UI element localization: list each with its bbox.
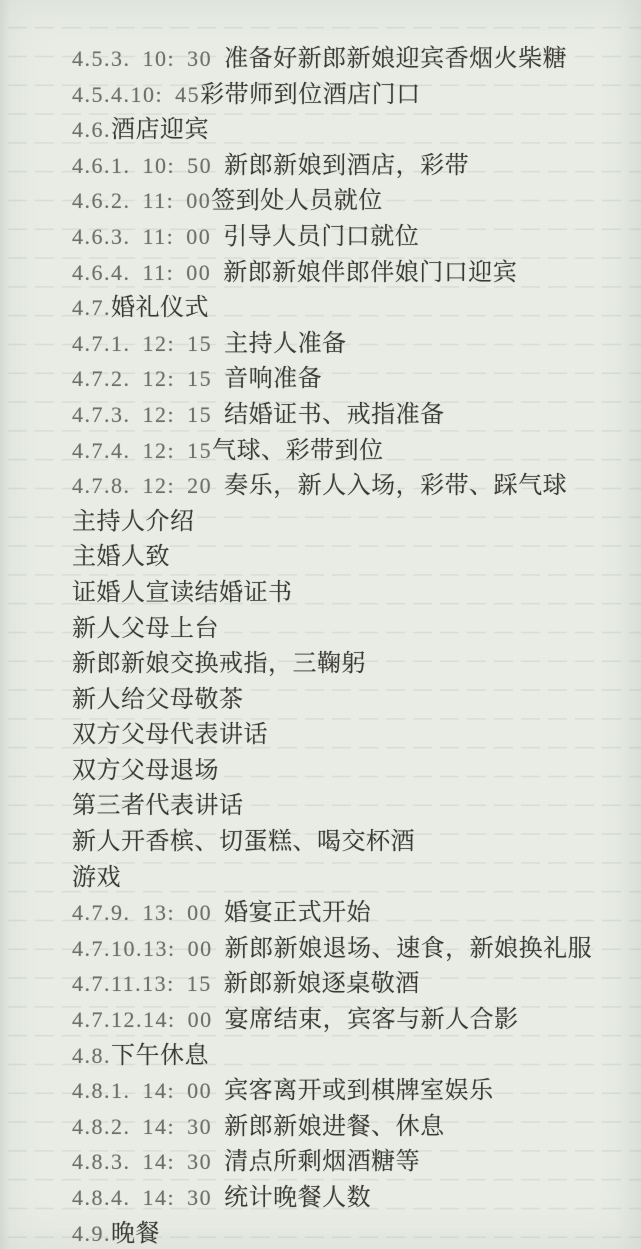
schedule-line: 4.7.4. 12: 15气球、彩带到位 (72, 433, 631, 469)
line-text: 气球、彩带到位 (212, 437, 384, 464)
line-text: 音响准备 (224, 365, 322, 392)
schedule-line: 新人给父母敬茶 (72, 682, 631, 718)
line-text: 酒店迎宾 (111, 116, 209, 143)
schedule-line: 4.6.酒店迎宾 (72, 112, 631, 148)
line-number: 4.5.3. 10: 30 (72, 46, 224, 71)
schedule-line: 4.7.9. 13: 00 婚宴正式开始 (72, 895, 631, 931)
line-number: 4.6.3. 11: 00 (72, 224, 223, 249)
line-number: 4.9. (72, 1221, 111, 1246)
schedule-line: 新人父母上台 (72, 611, 631, 647)
line-text: 清点所剩烟酒糖等 (224, 1148, 420, 1175)
line-text: 主持人准备 (224, 330, 347, 357)
schedule-line: 新郎新娘交换戒指，三鞠躬 (72, 646, 631, 682)
line-number: 4.8.4. 14: 30 (72, 1185, 224, 1210)
line-number: 4.8. (72, 1043, 111, 1068)
line-number: 4.7.3. 12: 15 (72, 402, 224, 427)
schedule-line: 新人开香槟、切蛋糕、喝交杯酒 (72, 824, 631, 860)
line-number: 4.6.4. 11: 00 (72, 260, 223, 285)
schedule-line: 4.8.3. 14: 30 清点所剩烟酒糖等 (72, 1144, 631, 1180)
schedule-line: 游戏 (72, 860, 631, 896)
schedule-line: 第三者代表讲话 (72, 788, 631, 824)
scanned-document-page: 4.5.3. 10: 30 准备好新郎新娘迎宾香烟火柴糖4.5.4.10: 45… (0, 0, 641, 1249)
schedule-line: 4.7.10.13: 00 新郎新娘退场、速食，新娘换礼服 (72, 931, 631, 967)
line-text: 奏乐，新人入场，彩带、踩气球 (224, 472, 567, 499)
schedule-line: 双方父母代表讲话 (72, 717, 631, 753)
schedule-line: 4.6.1. 10: 50 新郎新娘到酒店，彩带 (72, 148, 631, 184)
line-text: 婚礼仪式 (111, 294, 209, 321)
schedule-line: 4.7.2. 12: 15 音响准备 (72, 361, 631, 397)
line-number: 4.7.4. 12: 15 (72, 438, 212, 463)
line-text: 新人父母上台 (72, 615, 219, 642)
schedule-line: 主持人介绍 (72, 504, 631, 540)
line-text: 游戏 (72, 864, 121, 891)
schedule-line: 4.7.11.13: 15 新郎新娘逐桌敬酒 (72, 966, 631, 1002)
line-number: 4.8.2. 14: 30 (72, 1114, 224, 1139)
schedule-line: 4.6.2. 11: 00签到处人员就位 (72, 183, 631, 219)
schedule-line: 4.8.4. 14: 30 统计晚餐人数 (72, 1180, 631, 1216)
line-number: 4.6.2. 11: 00 (72, 188, 211, 213)
schedule-line: 4.7.8. 12: 20 奏乐，新人入场，彩带、踩气球 (72, 468, 631, 504)
schedule-line: 4.7.12.14: 00 宴席结束，宾客与新人合影 (72, 1002, 631, 1038)
line-number: 4.7.12.14: 00 (72, 1007, 225, 1032)
line-text: 新郎新娘交换戒指，三鞠躬 (72, 650, 366, 677)
line-number: 4.5.4.10: 45 (72, 82, 200, 107)
schedule-list: 4.5.3. 10: 30 准备好新郎新娘迎宾香烟火柴糖4.5.4.10: 45… (0, 0, 641, 1249)
schedule-line: 4.6.3. 11: 00 引导人员门口就位 (72, 219, 631, 255)
schedule-line: 双方父母退场 (72, 753, 631, 789)
line-text: 晚餐 (111, 1220, 160, 1247)
line-text: 宴席结束，宾客与新人合影 (225, 1006, 519, 1033)
schedule-line: 4.5.3. 10: 30 准备好新郎新娘迎宾香烟火柴糖 (72, 41, 631, 77)
line-text: 双方父母代表讲话 (72, 721, 268, 748)
line-text: 新郎新娘逐桌敬酒 (224, 970, 420, 997)
schedule-line: 4.9.晚餐 (72, 1216, 631, 1249)
line-number: 4.7.9. 13: 00 (72, 900, 224, 925)
line-text: 新郎新娘进餐、休息 (224, 1113, 445, 1140)
line-text: 主婚人致 (72, 543, 170, 570)
schedule-line: 4.8.1. 14: 00 宾客离开或到棋牌室娱乐 (72, 1073, 631, 1109)
schedule-line: 4.7.1. 12: 15 主持人准备 (72, 326, 631, 362)
line-number: 4.6. (72, 117, 111, 142)
line-text: 引导人员门口就位 (223, 223, 419, 250)
line-number: 4.7.11.13: 15 (72, 971, 224, 996)
line-number: 4.8.3. 14: 30 (72, 1149, 224, 1174)
line-text: 准备好新郎新娘迎宾香烟火柴糖 (224, 45, 567, 72)
line-number: 4.7.10.13: 00 (72, 936, 225, 961)
line-number: 4.7. (72, 295, 111, 320)
line-text: 证婚人宣读结婚证书 (72, 579, 293, 606)
line-text: 双方父母退场 (72, 757, 219, 784)
line-text: 第三者代表讲话 (72, 792, 244, 819)
schedule-line: 4.5.4.10: 45彩带师到位酒店门口 (72, 77, 631, 113)
line-text: 宾客离开或到棋牌室娱乐 (224, 1077, 494, 1104)
line-text: 婚宴正式开始 (224, 899, 371, 926)
line-text: 新郎新娘伴郎伴娘门口迎宾 (223, 259, 517, 286)
line-text: 主持人介绍 (72, 508, 195, 535)
line-text: 新人开香槟、切蛋糕、喝交杯酒 (72, 828, 415, 855)
schedule-line: 证婚人宣读结婚证书 (72, 575, 631, 611)
line-text: 新郎新娘到酒店，彩带 (224, 152, 469, 179)
line-text: 结婚证书、戒指准备 (224, 401, 445, 428)
line-number: 4.7.1. 12: 15 (72, 331, 224, 356)
schedule-line: 4.7.3. 12: 15 结婚证书、戒指准备 (72, 397, 631, 433)
line-text: 新郎新娘退场、速食，新娘换礼服 (225, 935, 593, 962)
line-text: 下午休息 (111, 1042, 209, 1069)
schedule-line: 4.8.下午休息 (72, 1038, 631, 1074)
line-text: 新人给父母敬茶 (72, 686, 244, 713)
line-text: 签到处人员就位 (211, 187, 383, 214)
line-number: 4.8.1. 14: 00 (72, 1078, 224, 1103)
schedule-line: 4.6.4. 11: 00 新郎新娘伴郎伴娘门口迎宾 (72, 255, 631, 291)
line-number: 4.7.8. 12: 20 (72, 473, 224, 498)
line-text: 彩带师到位酒店门口 (200, 81, 421, 108)
schedule-line: 4.7.婚礼仪式 (72, 290, 631, 326)
schedule-line: 4.8.2. 14: 30 新郎新娘进餐、休息 (72, 1109, 631, 1145)
line-number: 4.6.1. 10: 50 (72, 153, 224, 178)
schedule-line: 主婚人致 (72, 539, 631, 575)
line-text: 统计晚餐人数 (224, 1184, 371, 1211)
line-number: 4.7.2. 12: 15 (72, 366, 224, 391)
